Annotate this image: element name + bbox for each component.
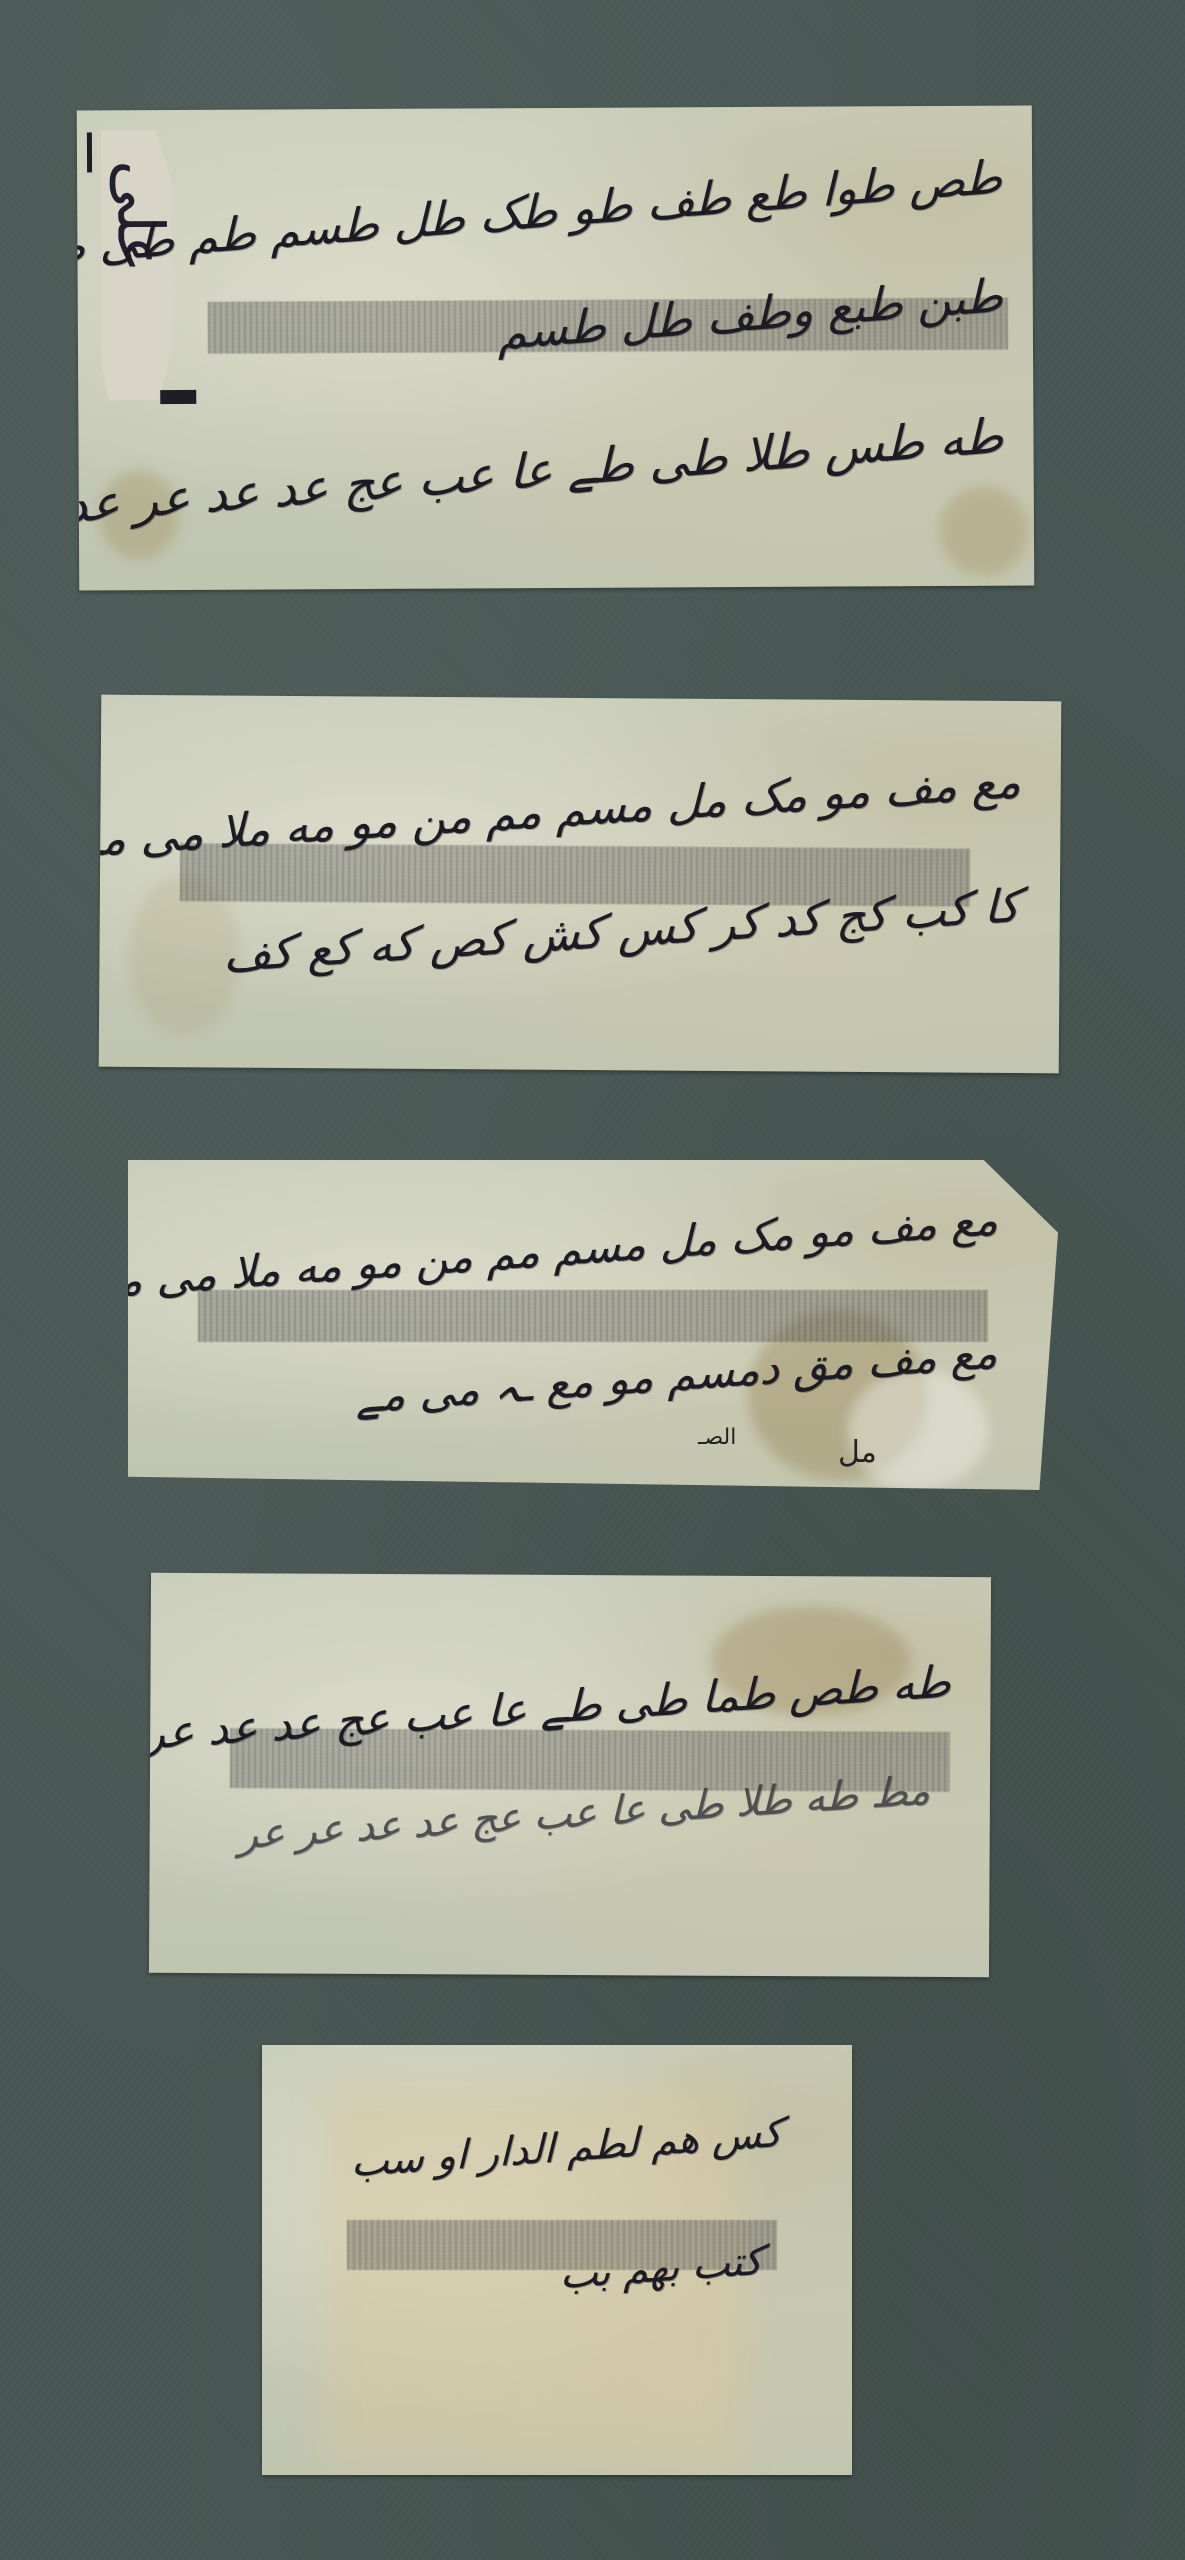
small-annotation: مل — [838, 1435, 877, 1470]
paper-abrasion — [848, 1370, 988, 1490]
calligraphy-line: طص طوا طع طف طو طک طل طسم طم طی طو — [77, 149, 1002, 277]
small-annotation: الصـ — [698, 1425, 736, 1450]
practice-band — [198, 1290, 988, 1342]
mounting-board: علی طص طوا طع طف طو طک طل طسم طم طی طو ط… — [0, 0, 1185, 2560]
calligraphy-sheet-1: علی طص طوا طع طف طو طک طل طسم طم طی طو ط… — [77, 106, 1035, 591]
calligraphy-sheet-3: مع مف مو مک مل مسم مم من مو مه ملا می مے… — [128, 1160, 1058, 1490]
ink-mark — [160, 390, 196, 404]
calligraphy-sheet-2: مع مف مو مک مل مسم مم من مو مه ملا می مے… — [99, 695, 1062, 1074]
calligraphy-line: طه طس طلا طی طے عا عب عج عد عد عر عد — [77, 408, 1004, 534]
ink-mark — [87, 132, 92, 172]
paper-stain — [939, 486, 1029, 576]
calligraphy-sheet-4: طه طص طما طی طے عا عب عج عد عد عر عر مط … — [149, 1573, 991, 1977]
calligraphy-sheet-5: کس هم لطم الدار او سب کتب بهم بب — [262, 2045, 852, 2475]
